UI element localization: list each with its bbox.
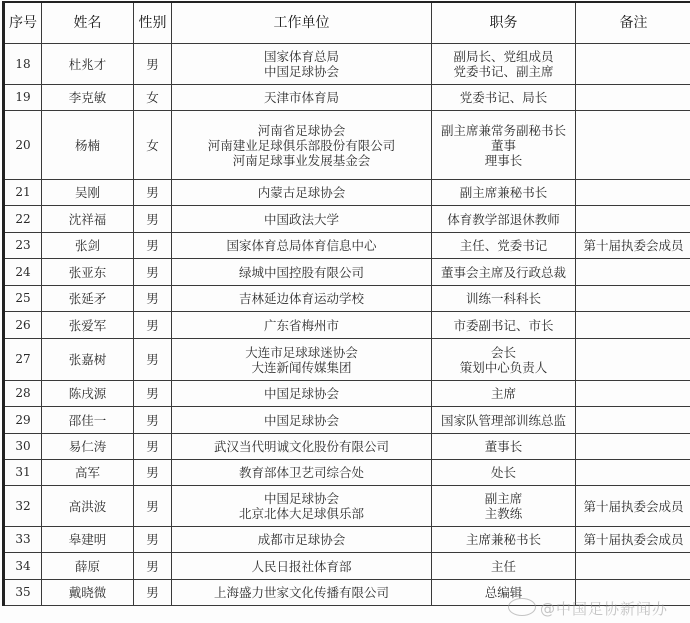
header-no: 序号: [4, 2, 42, 44]
position-line: 处长: [432, 465, 575, 480]
position-line: 董事会主席及行政总裁: [432, 265, 575, 280]
cell-gender: 男: [134, 233, 172, 259]
cell-no: 19: [4, 85, 42, 111]
cell-name: 高军: [42, 460, 134, 486]
position-line: 党委书记、局长: [432, 90, 575, 105]
cell-no: 20: [4, 111, 42, 180]
position-line: 副主席兼秘书长: [432, 185, 575, 200]
table-row: 31高军男教育部体卫艺司综合处处长: [4, 460, 690, 486]
cell-name: 吴刚: [42, 180, 134, 206]
cell-position: 体育教学部退休教师: [432, 206, 576, 233]
cell-position: 国家队管理部训练总监: [432, 407, 576, 434]
unit-line: 武汉当代明诚文化股份有限公司: [172, 439, 431, 454]
cell-note: [576, 434, 690, 460]
unit-line: 吉林延边体育运动学校: [172, 291, 431, 306]
unit-line: 天津市体育局: [172, 90, 431, 105]
cell-no: 29: [4, 407, 42, 434]
header-note: 备注: [576, 2, 690, 44]
header-unit: 工作单位: [172, 2, 432, 44]
cell-note: [576, 44, 690, 85]
cell-note: [576, 553, 690, 580]
cell-unit: 中国政法大学: [172, 206, 432, 233]
cell-name: 张爱军: [42, 312, 134, 339]
cell-no: 33: [4, 527, 42, 553]
table-row: 19李克敏女天津市体育局党委书记、局长: [4, 85, 690, 111]
cell-position: 主席: [432, 381, 576, 407]
position-line: 市委副书记、市长: [432, 318, 575, 333]
unit-line: 成都市足球协会: [172, 532, 431, 547]
cell-gender: 男: [134, 339, 172, 381]
cell-note: [576, 85, 690, 111]
cell-unit: 内蒙古足球协会: [172, 180, 432, 206]
position-line: 国家队管理部训练总监: [432, 413, 575, 428]
cell-no: 30: [4, 434, 42, 460]
cell-no: 35: [4, 580, 42, 606]
cell-gender: 男: [134, 486, 172, 527]
cell-note: [576, 580, 690, 606]
position-line: 主任、党委书记: [432, 238, 575, 253]
table-row: 22沈祥福男中国政法大学体育教学部退休教师: [4, 206, 690, 233]
unit-line: 内蒙古足球协会: [172, 185, 431, 200]
cell-name: 杨楠: [42, 111, 134, 180]
cell-no: 23: [4, 233, 42, 259]
cell-unit: 天津市体育局: [172, 85, 432, 111]
cell-note: [576, 180, 690, 206]
unit-line: 人民日报社体育部: [172, 559, 431, 574]
cell-name: 邵佳一: [42, 407, 134, 434]
cell-gender: 男: [134, 286, 172, 312]
cell-note: [576, 381, 690, 407]
cell-position: 副主席主教练: [432, 486, 576, 527]
unit-line: 河南省足球协会: [172, 123, 431, 138]
cell-gender: 女: [134, 111, 172, 180]
table-row: 26张爱军男广东省梅州市市委副书记、市长: [4, 312, 690, 339]
cell-gender: 男: [134, 460, 172, 486]
cell-position: 训练一科科长: [432, 286, 576, 312]
position-line: 副主席: [432, 491, 575, 506]
table-row: 27张嘉树男大连市足球球迷协会大连新闻传媒集团会长策划中心负责人: [4, 339, 690, 381]
cell-gender: 男: [134, 259, 172, 286]
cell-gender: 男: [134, 553, 172, 580]
roster-table: 序号 姓名 性别 工作单位 职务 备注 18杜兆才男国家体育总局中国足球协会副局…: [2, 1, 690, 606]
table-row: 24张亚东男绿城中国控股有限公司董事会主席及行政总裁: [4, 259, 690, 286]
cell-gender: 男: [134, 206, 172, 233]
cell-unit: 中国足球协会: [172, 407, 432, 434]
table-row: 23张剑男国家体育总局体育信息中心主任、党委书记第十届执委会成员: [4, 233, 690, 259]
cell-position: 总编辑: [432, 580, 576, 606]
cell-name: 皋建明: [42, 527, 134, 553]
unit-line: 中国足球协会: [172, 64, 431, 79]
cell-name: 陈戌源: [42, 381, 134, 407]
cell-note: [576, 259, 690, 286]
cell-note: [576, 460, 690, 486]
cell-note: 第十届执委会成员: [576, 486, 690, 527]
position-line: 会长: [432, 345, 575, 360]
cell-gender: 男: [134, 527, 172, 553]
cell-note: [576, 111, 690, 180]
cell-position: 董事长: [432, 434, 576, 460]
position-line: 党委书记、副主席: [432, 64, 575, 79]
position-line: 董事: [432, 138, 575, 153]
cell-name: 戴晓微: [42, 580, 134, 606]
unit-line: 北京北体大足球俱乐部: [172, 506, 431, 521]
header-position: 职务: [432, 2, 576, 44]
cell-name: 薛原: [42, 553, 134, 580]
cell-note: [576, 312, 690, 339]
table-row: 28陈戌源男中国足球协会主席: [4, 381, 690, 407]
unit-line: 大连市足球球迷协会: [172, 345, 431, 360]
unit-line: 中国政法大学: [172, 212, 431, 227]
cell-position: 处长: [432, 460, 576, 486]
table-row: 25张延矛男吉林延边体育运动学校训练一科科长: [4, 286, 690, 312]
cell-name: 沈祥福: [42, 206, 134, 233]
cell-position: 副主席兼秘书长: [432, 180, 576, 206]
cell-note: [576, 339, 690, 381]
cell-no: 32: [4, 486, 42, 527]
cell-position: 党委书记、局长: [432, 85, 576, 111]
cell-no: 25: [4, 286, 42, 312]
cell-unit: 广东省梅州市: [172, 312, 432, 339]
position-line: 理事长: [432, 153, 575, 168]
cell-name: 张嘉树: [42, 339, 134, 381]
cell-no: 24: [4, 259, 42, 286]
cell-unit: 大连市足球球迷协会大连新闻传媒集团: [172, 339, 432, 381]
cell-position: 董事会主席及行政总裁: [432, 259, 576, 286]
table-row: 34薛原男人民日报社体育部主任: [4, 553, 690, 580]
cell-no: 28: [4, 381, 42, 407]
cell-gender: 女: [134, 85, 172, 111]
cell-note: [576, 407, 690, 434]
cell-unit: 国家体育总局中国足球协会: [172, 44, 432, 85]
position-line: 副主席兼常务副秘书长: [432, 123, 575, 138]
position-line: 体育教学部退休教师: [432, 212, 575, 227]
position-line: 董事长: [432, 439, 575, 454]
cell-note: 第十届执委会成员: [576, 233, 690, 259]
unit-line: 中国足球协会: [172, 491, 431, 506]
position-line: 总编辑: [432, 585, 575, 600]
position-line: 训练一科科长: [432, 291, 575, 306]
cell-gender: 男: [134, 580, 172, 606]
cell-note: [576, 286, 690, 312]
unit-line: 绿城中国控股有限公司: [172, 265, 431, 280]
cell-position: 主席兼秘书长: [432, 527, 576, 553]
cell-unit: 河南省足球协会河南建业足球俱乐部股份有限公司河南足球事业发展基金会: [172, 111, 432, 180]
cell-name: 杜兆才: [42, 44, 134, 85]
table-row: 35戴晓微男上海盛力世家文化传播有限公司总编辑: [4, 580, 690, 606]
cell-position: 主任: [432, 553, 576, 580]
cell-position: 副主席兼常务副秘书长董事理事长: [432, 111, 576, 180]
cell-gender: 男: [134, 381, 172, 407]
cell-gender: 男: [134, 180, 172, 206]
roster-sheet: 序号 姓名 性别 工作单位 职务 备注 18杜兆才男国家体育总局中国足球协会副局…: [0, 0, 690, 623]
cell-no: 26: [4, 312, 42, 339]
cell-name: 张延矛: [42, 286, 134, 312]
table-row: 29邵佳一男中国足球协会国家队管理部训练总监: [4, 407, 690, 434]
cell-position: 市委副书记、市长: [432, 312, 576, 339]
cell-no: 34: [4, 553, 42, 580]
cell-unit: 吉林延边体育运动学校: [172, 286, 432, 312]
cell-no: 27: [4, 339, 42, 381]
roster-body: 18杜兆才男国家体育总局中国足球协会副局长、党组成员党委书记、副主席19李克敏女…: [4, 44, 690, 606]
cell-gender: 男: [134, 434, 172, 460]
cell-unit: 上海盛力世家文化传播有限公司: [172, 580, 432, 606]
cell-name: 张剑: [42, 233, 134, 259]
cell-name: 张亚东: [42, 259, 134, 286]
header-name: 姓名: [42, 2, 134, 44]
unit-line: 中国足球协会: [172, 386, 431, 401]
table-row: 21吴刚男内蒙古足球协会副主席兼秘书长: [4, 180, 690, 206]
position-line: 主席兼秘书长: [432, 532, 575, 547]
unit-line: 大连新闻传媒集团: [172, 360, 431, 375]
position-line: 主任: [432, 559, 575, 574]
unit-line: 国家体育总局: [172, 49, 431, 64]
header-gender: 性别: [134, 2, 172, 44]
unit-line: 上海盛力世家文化传播有限公司: [172, 585, 431, 600]
cell-no: 22: [4, 206, 42, 233]
header-row: 序号 姓名 性别 工作单位 职务 备注: [4, 2, 690, 44]
unit-line: 河南足球事业发展基金会: [172, 153, 431, 168]
cell-gender: 男: [134, 44, 172, 85]
position-line: 主教练: [432, 506, 575, 521]
cell-unit: 教育部体卫艺司综合处: [172, 460, 432, 486]
cell-unit: 中国足球协会北京北体大足球俱乐部: [172, 486, 432, 527]
cell-no: 31: [4, 460, 42, 486]
cell-note: [576, 206, 690, 233]
cell-name: 高洪波: [42, 486, 134, 527]
table-row: 32高洪波男中国足球协会北京北体大足球俱乐部副主席主教练第十届执委会成员: [4, 486, 690, 527]
cell-no: 18: [4, 44, 42, 85]
cell-unit: 武汉当代明诚文化股份有限公司: [172, 434, 432, 460]
unit-line: 河南建业足球俱乐部股份有限公司: [172, 138, 431, 153]
position-line: 策划中心负责人: [432, 360, 575, 375]
position-line: 副局长、党组成员: [432, 49, 575, 64]
cell-name: 李克敏: [42, 85, 134, 111]
cell-gender: 男: [134, 407, 172, 434]
cell-unit: 绿城中国控股有限公司: [172, 259, 432, 286]
cell-unit: 成都市足球协会: [172, 527, 432, 553]
cell-note: 第十届执委会成员: [576, 527, 690, 553]
table-row: 30易仁涛男武汉当代明诚文化股份有限公司董事长: [4, 434, 690, 460]
table-row: 18杜兆才男国家体育总局中国足球协会副局长、党组成员党委书记、副主席: [4, 44, 690, 85]
table-row: 33皋建明男成都市足球协会主席兼秘书长第十届执委会成员: [4, 527, 690, 553]
cell-position: 会长策划中心负责人: [432, 339, 576, 381]
unit-line: 国家体育总局体育信息中心: [172, 238, 431, 253]
position-line: 主席: [432, 386, 575, 401]
cell-position: 副局长、党组成员党委书记、副主席: [432, 44, 576, 85]
cell-no: 21: [4, 180, 42, 206]
cell-gender: 男: [134, 312, 172, 339]
cell-position: 主任、党委书记: [432, 233, 576, 259]
cell-name: 易仁涛: [42, 434, 134, 460]
unit-line: 教育部体卫艺司综合处: [172, 465, 431, 480]
cell-unit: 中国足球协会: [172, 381, 432, 407]
table-row: 20杨楠女河南省足球协会河南建业足球俱乐部股份有限公司河南足球事业发展基金会副主…: [4, 111, 690, 180]
cell-unit: 人民日报社体育部: [172, 553, 432, 580]
unit-line: 中国足球协会: [172, 413, 431, 428]
unit-line: 广东省梅州市: [172, 318, 431, 333]
cell-unit: 国家体育总局体育信息中心: [172, 233, 432, 259]
